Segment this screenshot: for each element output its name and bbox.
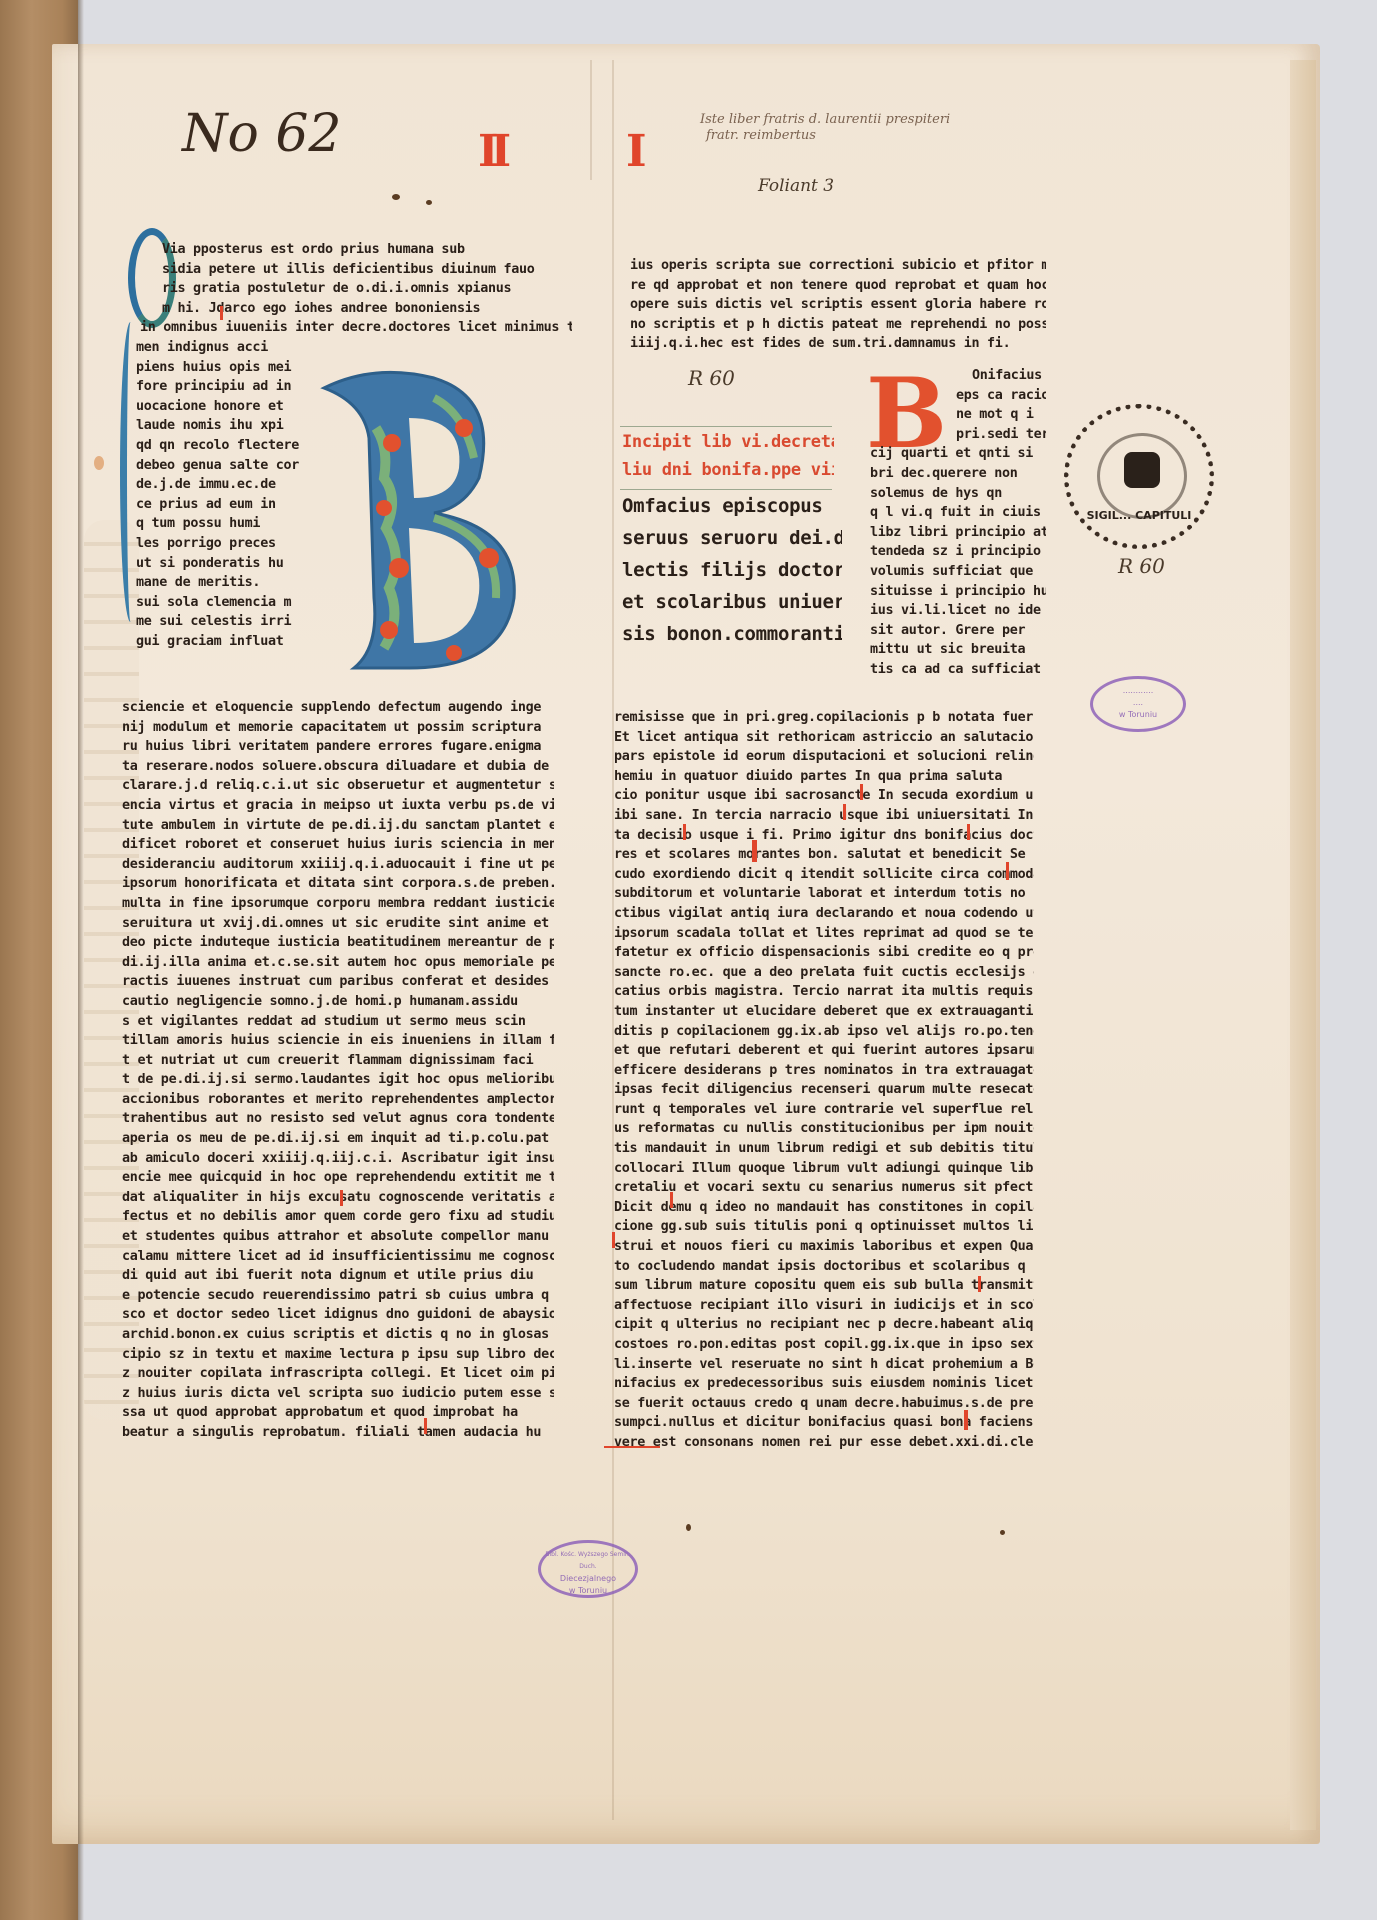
heading-line: Omfacius episcopus — [622, 490, 842, 522]
text-line: in omnibus iuueniis inter decre.doctores… — [140, 318, 572, 338]
seal-emblem — [1124, 452, 1160, 488]
text-line: vere est consonans nomen rei pur esse de… — [614, 1433, 1034, 1453]
rubric-paragraph-mark — [340, 1190, 343, 1206]
left-column-body: sciencie et eloquencie supplendo defectu… — [122, 698, 554, 1443]
right-column-body: remisisse que in pri.greg.copilacionis p… — [614, 708, 1034, 1453]
text-line: remisisse que in pri.greg.copilacionis p… — [614, 708, 1034, 728]
text-line: les porrigo preces — [136, 534, 306, 554]
text-line: aperia os meu de pe.di.ij.si em inquit a… — [122, 1129, 554, 1149]
text-line: mittu ut sic breuita — [870, 640, 1046, 660]
text-line: subditorum et voluntarie laborat et inte… — [614, 884, 1034, 904]
seal-legend: SIGIL... CAPITULI — [1069, 509, 1209, 522]
salutation-heading: Omfacius episcopus seruus seruoru dei.di… — [622, 490, 842, 650]
text-line: nifacius ex predecessoribus suis eiusdem… — [614, 1374, 1034, 1394]
text-line: sancte ro.ec. que a deo prelata fuit cuc… — [614, 963, 1034, 983]
text-line: q l vi.q fuit in ciuis — [870, 503, 1046, 523]
text-line: cio ponitur usque ibi sacrosancte In sec… — [614, 786, 1034, 806]
rubric-paragraph-mark — [752, 840, 757, 862]
heading-line: sis bonon.commorantibus — [622, 618, 842, 650]
text-line: res et scolares morantes bon. salutat et… — [614, 845, 1034, 865]
text-line: t de pe.di.ij.si sermo.laudantes igit ho… — [122, 1070, 554, 1090]
text-line: trahentibus aut no resisto sed velut agn… — [122, 1109, 554, 1129]
text-line: laude nomis ihu xpi — [136, 416, 306, 436]
text-line: sui sola clemencia m — [136, 593, 306, 613]
stamp-line: w Toruniu — [541, 1585, 635, 1597]
text-line: se fuerit octauus credo q unam decre.hab… — [614, 1394, 1034, 1414]
stamp-line: .... — [1093, 697, 1183, 709]
rubric-line: Incipit lib vi.decreta — [622, 428, 834, 456]
text-line: encia virtus et gracia in meipso ut iuxt… — [122, 796, 554, 816]
text-line: sciencie et eloquencie supplendo defectu… — [122, 698, 554, 718]
text-line: ipsorum honorificata et ditata sint corp… — [122, 874, 554, 894]
rubric-paragraph-mark — [978, 1276, 981, 1292]
text-line: tute ambulem in virtute de pe.di.ij.du s… — [122, 816, 554, 836]
text-line: efficere desiderans p tres nominatos in … — [614, 1061, 1034, 1081]
rubric-paragraph-mark — [220, 306, 223, 320]
text-line: qd qn recolo flectere — [136, 436, 306, 456]
text-line: di quid aut ibi fuerit nota dignum et ut… — [122, 1266, 554, 1286]
library-stamp-lower: Bibl. Kośc. Wyższego Semin. Duch. Diecez… — [538, 1540, 638, 1598]
heading-line: et scolaribus uniuer — [622, 586, 842, 618]
text-line: dat aliqualiter in hijs excusatu cognosc… — [122, 1188, 554, 1208]
left-column-line5: in omnibus iuueniis inter decre.doctores… — [140, 318, 572, 338]
shelfmark: No 62 — [182, 104, 342, 164]
text-line: t et nutriat ut cum creuerit flammam dig… — [122, 1051, 554, 1071]
ownership-note-line2: fratr. reimbertus — [700, 128, 950, 144]
text-line: cipit q ulterius no recipiant nec p decr… — [614, 1315, 1034, 1335]
text-line: sumpci.nullus et dicitur bonifacius quas… — [614, 1413, 1034, 1433]
text-line: sidia petere ut illis deficientibus diui… — [162, 260, 572, 280]
text-line: ris gratia postuletur de o.di.i.omnis xp… — [162, 279, 572, 299]
text-line: volumis sufficiat que — [870, 562, 1046, 582]
text-line: z huius iuris dicta vel scripta suo iudi… — [122, 1384, 554, 1404]
left-column-narrow: men indignus acci piens huius opis mei f… — [136, 338, 306, 652]
text-line: dificet roboret et conseruet huius iuris… — [122, 835, 554, 855]
library-stamp-upper: ............ .... w Toruniu — [1090, 676, 1186, 732]
foliant-note: Foliant 3 — [758, 176, 834, 196]
heading-line: seruus seruoru dei.di — [622, 522, 842, 554]
text-line: ab amiculo doceri xxiiij.q.iij.c.i. Ascr… — [122, 1149, 554, 1169]
text-line: tis mandauit in unum librum redigi et su… — [614, 1139, 1034, 1159]
text-line: sit autor. Grere per — [870, 621, 1046, 641]
text-line: sum librum mature copositu quem eis sub … — [614, 1276, 1034, 1296]
text-line: cipio sz in textu et maxime lectura p ip… — [122, 1345, 554, 1365]
text-line: ractis iuuenes instruat cum paribus conf… — [122, 972, 554, 992]
library-seal-stamp: SIGIL... CAPITULI — [1064, 404, 1214, 549]
text-line: li.inserte vel reseruate no sint h dicat… — [614, 1355, 1034, 1375]
text-line: strui et nouos fieri cu maximis laboribu… — [614, 1237, 1034, 1257]
rubric-paragraph-mark — [612, 1232, 615, 1248]
ownership-note: Iste liber fratris d. laurentii prespite… — [700, 112, 950, 144]
text-line: Via pposterus est ordo prius humana sub — [162, 240, 572, 260]
rubric-line: liu dni bonifa.ppe viij — [622, 456, 834, 484]
rubric-heading: Incipit lib vi.decreta liu dni bonifa.pp… — [622, 428, 834, 484]
rubric-paragraph-mark — [683, 824, 686, 840]
text-line: cudo exordiendo dicit q itendit sollicit… — [614, 865, 1034, 885]
text-line: Onifacius — [870, 366, 1046, 386]
text-line: de.j.de immu.ec.de — [136, 475, 306, 495]
text-line: ta reserare.nodos soluere.obscura diluad… — [122, 757, 554, 777]
text-line: re qd approbat et non tenere quod reprob… — [630, 276, 1046, 296]
text-line: et studentes quibus attrahor et absolute… — [122, 1227, 554, 1247]
text-line: situisse i principio hu — [870, 582, 1046, 602]
text-line: bri dec.querere non — [870, 464, 1046, 484]
text-line: uocacione honore et — [136, 397, 306, 417]
text-line: e potencie secudo reuerendissimo patri s… — [122, 1286, 554, 1306]
fold-line — [590, 60, 592, 180]
text-line: mane de meritis. — [136, 573, 306, 593]
text-line: cretaliu et vocari sextu cu senarius num… — [614, 1178, 1034, 1198]
text-line: nij modulum et memorie capacitatem ut po… — [122, 718, 554, 738]
text-line: ditis p copilacionem gg.ix.ab ipso vel a… — [614, 1022, 1034, 1042]
text-line: men indignus acci — [136, 338, 306, 358]
heading-line: lectis filijs doctoribus — [622, 554, 842, 586]
text-line: ta decisio usque i fi. Primo igitur dns … — [614, 826, 1034, 846]
ink-spot — [426, 200, 432, 205]
rubric-paragraph-mark — [860, 784, 863, 800]
text-line: me sui celestis irri — [136, 612, 306, 632]
rubric-paragraph-mark — [843, 804, 846, 820]
text-line: tendeda sz i principio — [870, 542, 1046, 562]
stamp-line: ............ — [1093, 685, 1183, 697]
text-line: accionibus roborantes et merito reprehen… — [122, 1090, 554, 1110]
text-line: Dicit demu q ideo no mandauit has consti… — [614, 1198, 1034, 1218]
text-line: desideranciu auditorum xxiiij.q.i.aduoca… — [122, 855, 554, 875]
text-line: hemiu in quatuor diuido partes In qua pr… — [614, 767, 1034, 787]
signature-middle: R 60 — [688, 366, 735, 390]
text-line: archid.bonon.ex cuius scriptis et dictis… — [122, 1325, 554, 1345]
text-line: catius orbis magistra. Tercio narrat ita… — [614, 982, 1034, 1002]
illuminated-initial-B — [314, 368, 539, 673]
ink-spot — [392, 194, 400, 200]
rubric-paragraph-mark — [670, 1192, 673, 1208]
rubric-underline — [604, 1446, 660, 1448]
stamp-line: Bibl. Kośc. Wyższego Semin. Duch. — [541, 1549, 635, 1573]
text-line: ut si ponderatis hu — [136, 554, 306, 574]
text-line: encie mee quicquid in hoc ope reprehende… — [122, 1168, 554, 1188]
ink-spot — [686, 1524, 691, 1531]
text-line: fatetur ex officio dispensacionis sibi c… — [614, 943, 1034, 963]
rubric-paragraph-mark — [1006, 862, 1009, 880]
text-line: di.ij.illa anima et.c.se.sit autem hoc o… — [122, 953, 554, 973]
running-head-left: II — [478, 126, 503, 177]
right-column-top: ius operis scripta sue correctioni subic… — [630, 256, 1046, 354]
rubric-paragraph-mark — [967, 824, 970, 840]
ownership-note-line1: Iste liber fratris d. laurentii prespite… — [700, 112, 950, 128]
text-line: cione gg.sub suis titulis poni q optinui… — [614, 1217, 1034, 1237]
rubric-paragraph-mark — [424, 1418, 427, 1434]
text-line: us reformatas cu nullis constitucionibus… — [614, 1119, 1034, 1139]
text-line: seruitura ut xvij.di.omnes ut sic erudit… — [122, 914, 554, 934]
text-line: opere suis dictis vel scriptis essent gl… — [630, 295, 1046, 315]
text-line: eps ca racio — [870, 386, 1046, 406]
text-line: solemus de hys qn — [870, 484, 1046, 504]
text-line: to cocludendo mandat ipsis doctoribus et… — [614, 1257, 1034, 1277]
text-line: affectuose recipiant illo visuri in iudi… — [614, 1296, 1034, 1316]
text-line: clarare.j.d reliq.c.i.ut sic obseruetur … — [122, 776, 554, 796]
text-line: calamu mittere licet ad id insufficienti… — [122, 1247, 554, 1267]
text-line: sco et doctor sedeo licet idignus dno gu… — [122, 1305, 554, 1325]
text-line: ipsorum scadala tollat et lites reprimat… — [614, 924, 1034, 944]
text-line: libz libri principio at — [870, 523, 1046, 543]
text-line: m hi. Jdarco ego iohes andree bononiensi… — [162, 299, 572, 319]
text-line: tillam amoris huius sciencie in eis inue… — [122, 1031, 554, 1051]
text-line: debeo genua salte cor — [136, 456, 306, 476]
text-line: piens huius opis mei — [136, 358, 306, 378]
text-line: Et licet antiqua sit rethoricam astricci… — [614, 728, 1034, 748]
text-line: fore principiu ad in — [136, 377, 306, 397]
text-line: no scriptis et p h dictis pateat me repr… — [630, 315, 1046, 335]
text-line: z nouiter copilata infrascripta collegi.… — [122, 1364, 554, 1384]
running-head-right: I — [626, 126, 647, 177]
foxing-spot — [94, 456, 104, 470]
text-line: pri.sedi ter — [870, 425, 1046, 445]
text-line: collocari Illum quoque librum vult adiun… — [614, 1159, 1034, 1179]
text-line: ru huius libri veritatem pandere errores… — [122, 737, 554, 757]
text-line: ius operis scripta sue correctioni subic… — [630, 256, 1046, 276]
text-line: beatur a singulis reprobatum. filiali ta… — [122, 1423, 554, 1443]
text-line: ctibus vigilat antiq iura declarando et … — [614, 904, 1034, 924]
text-line: ce prius ad eum in — [136, 495, 306, 515]
text-line: et que refutari deberent et qui fuerint … — [614, 1041, 1034, 1061]
text-line: deo picte induteque iusticia beatitudine… — [122, 933, 554, 953]
stamp-line: Diecezjalnego — [541, 1573, 635, 1585]
text-line: s et vigilantes reddat ad studium ut ser… — [122, 1012, 554, 1032]
page-right-edge — [1290, 60, 1316, 1830]
text-line: ius vi.li.licet no ide — [870, 601, 1046, 621]
text-line: ipsas fecit diligencius recenseri quarum… — [614, 1080, 1034, 1100]
text-line: multa in fine ipsorumque corporu membra … — [122, 894, 554, 914]
text-line: cij quarti et qnti si — [870, 444, 1046, 464]
signature-right: R 60 — [1118, 554, 1165, 578]
text-line: cautio negligencie somno.j.de homi.p hum… — [122, 992, 554, 1012]
ink-spot — [1000, 1530, 1005, 1535]
text-line: ibi sane. In tercia narracio usque ibi u… — [614, 806, 1034, 826]
text-line: pars epistole id eorum disputacioni et s… — [614, 747, 1034, 767]
text-line: fectus et no debilis amor quem corde ger… — [122, 1207, 554, 1227]
right-column-narrow: Onifacius eps ca racio ne mot q i pri.se… — [870, 366, 1046, 680]
text-line: runt q temporales vel iure contrarie vel… — [614, 1100, 1034, 1120]
text-line: q tum possu humi — [136, 514, 306, 534]
stamp-line: w Toruniu — [1093, 709, 1183, 721]
text-line: tis ca ad ca sufficiat — [870, 660, 1046, 680]
text-line: gui graciam influat — [136, 632, 306, 652]
seal-inner-ring — [1097, 433, 1187, 519]
text-line: ne mot q i — [870, 405, 1046, 425]
text-line: ssa ut quod approbat approbatum et quod … — [122, 1403, 554, 1423]
text-line: costoes ro.pon.editas post copil.gg.ix.q… — [614, 1335, 1034, 1355]
text-line: tum instanter ut elucidare deberet que e… — [614, 1002, 1034, 1022]
rubric-paragraph-mark — [964, 1410, 968, 1430]
left-column-opening: Via pposterus est ordo prius humana sub … — [162, 240, 572, 318]
text-line: iiij.q.i.hec est fides de sum.tri.damnam… — [630, 334, 1046, 354]
